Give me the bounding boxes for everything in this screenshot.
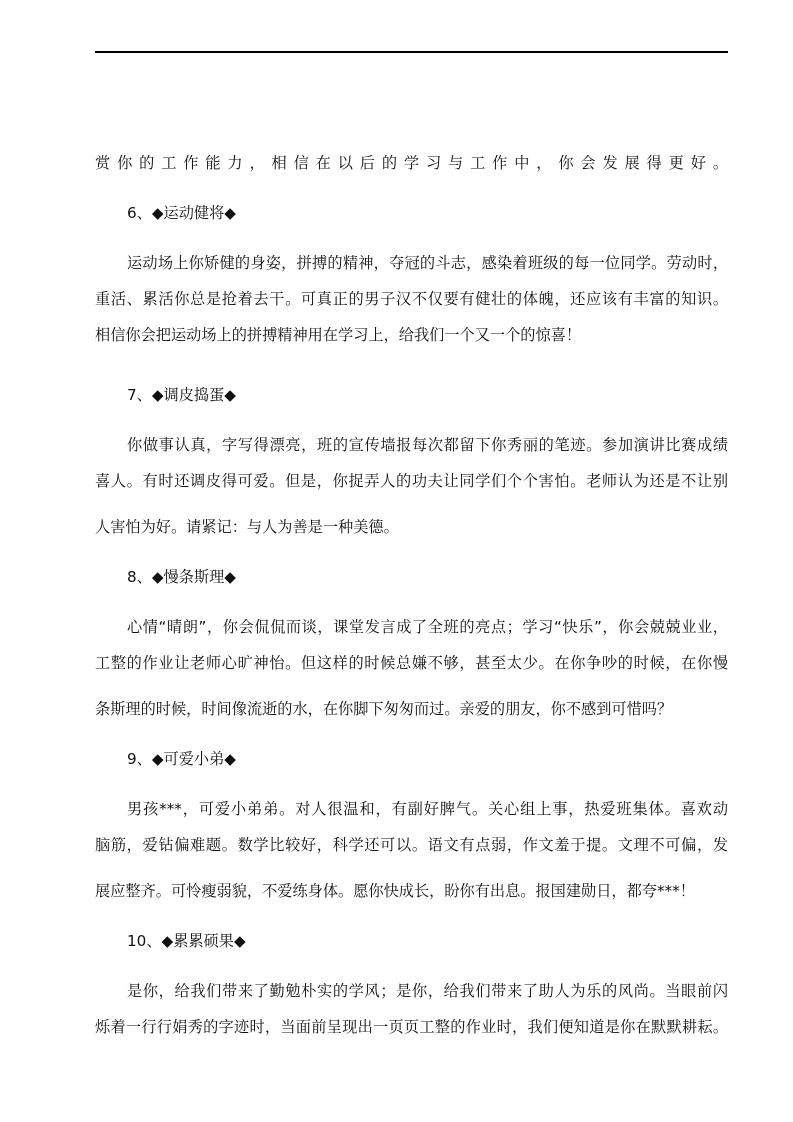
paragraph-line: 人害怕为好。请紧记：与人为善是一种美德。 [95,517,735,537]
paragraph-line: 心情“晴朗”，你会侃侃而谈，课堂发言成了全班的亮点；学习“快乐”，你会兢兢业业， [127,617,728,637]
paragraph-line: 喜人。有时还调皮得可爱。但是，你捉弄人的功夫让同学们个个害怕。老师认为还是不让别 [95,471,728,491]
paragraph-line: 你做事认真，字写得漂亮，班的宣传墙报每次都留下你秀丽的笔迹。参加演讲比赛成绩 [127,435,728,455]
section-heading-8: 8、◆慢条斯理◆ [127,567,767,587]
paragraph-line: 男孩***，可爱小弟弟。对人很温和，有副好脾气。关心组上事，热爱班集体。喜欢动 [127,799,728,819]
section-heading-7: 7、◆调皮捣蛋◆ [127,385,767,405]
paragraph-line: 相信你会把运动场上的拼搏精神用在学习上，给我们一个又一个的惊喜！ [95,325,735,345]
paragraph-line: 烁着一行行娟秀的字迹时，当面前呈现出一页页工整的作业时，我们便知道是你在默默耕耘… [95,1017,728,1037]
paragraph-line: 展应整齐。可怜瘦弱貌，不爱练身体。愿你快成长，盼你有出息。报国建勋日，都夸***… [95,881,735,901]
section-heading-9: 9、◆可爱小弟◆ [127,749,767,769]
continuation-text: 赏你的工作能力，相信在以后的学习与工作中，你会发展得更好。 [95,153,728,173]
header-rule [95,51,728,53]
paragraph-line: 重活、累活你总是抢着去干。可真正的男子汉不仅要有健壮的体魄，还应该有丰富的知识。 [95,289,728,309]
paragraph-line: 工整的作业让老师心旷神怡。但这样的时候总嫌不够，甚至太少。在你争吵的时候，在你慢 [95,653,728,673]
paragraph-line: 条斯理的时候，时间像流逝的水，在你脚下匆匆而过。亲爱的朋友，你不感到可惜吗？ [95,699,735,719]
section-heading-6: 6、◆运动健将◆ [127,203,767,223]
section-heading-10: 10、◆累累硕果◆ [127,931,767,951]
paragraph-line: 运动场上你矫健的身姿，拼搏的精神，夺冠的斗志，感染着班级的每一位同学。劳动时， [127,253,728,273]
paragraph-line: 脑筋，爱钻偏难题。数学比较好，科学还可以。语文有点弱，作文羞于提。文理不可偏，发 [95,835,728,855]
paragraph-line: 是你，给我们带来了勤勉朴实的学风；是你，给我们带来了助人为乐的风尚。当眼前闪 [127,981,728,1001]
